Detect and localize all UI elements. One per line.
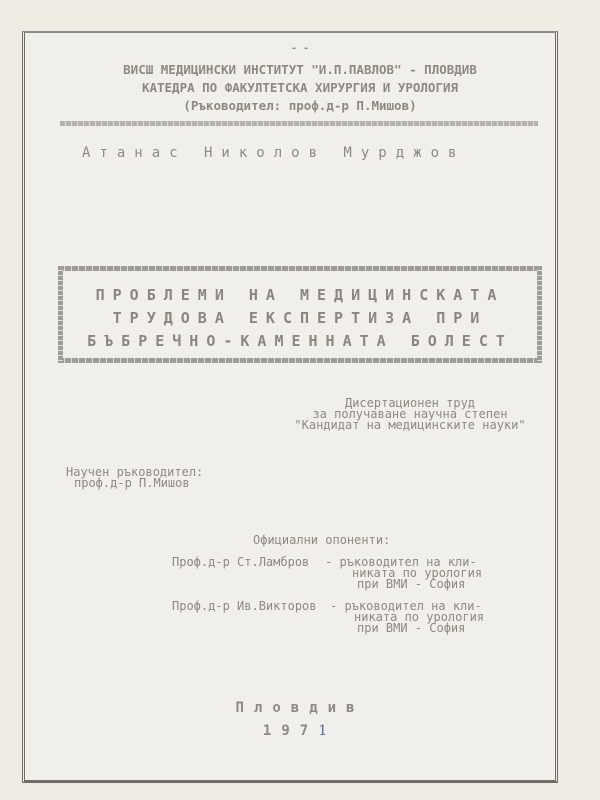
header-department: КАТЕДРА ПО ФАКУЛТЕТСКА ХИРУРГИЯ И УРОЛОГ… [0, 80, 600, 95]
year-handwritten-digit: 1 [318, 723, 337, 739]
header-institute: ВИСШ МЕДИЦИНСКИ ИНСТИТУТ "И.П.ПАВЛОВ" - … [0, 62, 600, 77]
author-name: Атанас Николов Мурджов [82, 145, 465, 161]
supervisor-block: Научен ръководител: проф.д-р П.Мишов [66, 467, 203, 489]
opponent-name: Проф.д-р Ив.Викторов [172, 601, 317, 612]
header-separator [60, 121, 538, 126]
year: 1971 [0, 723, 600, 739]
dissertation-line-3: "Кандидат на медицинските науки" [270, 420, 550, 431]
opponent-role-line: при ВМИ - София [357, 579, 465, 590]
city: Пловдив [0, 700, 600, 716]
title-box: ПРОБЛЕМИ НА МЕДИЦИНСКАТА ТРУДОВА ЕКСПЕРТ… [58, 266, 542, 363]
opponents-label: Официални опоненти: [253, 535, 390, 546]
title-line-3: БЪБРЕЧНО-КАМЕННАТА БОЛЕСТ [58, 332, 542, 350]
title-box-top-border [58, 266, 542, 271]
title-line-2: ТРУДОВА ЕКСПЕРТИЗА ПРИ [58, 309, 542, 327]
opponent-name: Проф.д-р Ст.Ламбров [172, 557, 309, 568]
title-box-bottom-border [58, 358, 542, 363]
opponent-role-line: при ВМИ - София [357, 623, 465, 634]
dissertation-note: Дисертационен труд за получаване научна … [270, 398, 550, 431]
year-typed: 197 [263, 723, 318, 739]
header-marks: - - [0, 43, 600, 54]
supervisor-name: проф.д-р П.Мишов [66, 478, 203, 489]
title-line-1: ПРОБЛЕМИ НА МЕДИЦИНСКАТА [58, 286, 542, 304]
header-head: (Ръководител: проф.д-р П.Мишов) [0, 98, 600, 113]
